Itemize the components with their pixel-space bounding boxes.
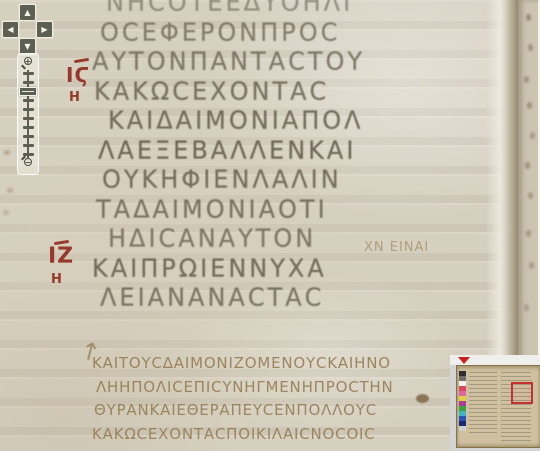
manuscript-text-line: ΗΔΙϹΑΝΑΥΤΟΝ (108, 223, 512, 254)
margin-specks (4, 150, 10, 155)
section-number: ΙΖ (48, 246, 74, 268)
zoom-tick (23, 72, 34, 75)
manuscript-text-line: ΤΑΔΑΙΜΟΝΙΑΟΤΙ (96, 194, 512, 225)
manuscript-text-line: ΛΑΕΞΕΒΑΛΛΕΝΚΑΙ (98, 135, 512, 166)
pan-control: ▲ ◀ ▶ ▼ (0, 0, 56, 58)
magnifier-plus-icon: + (24, 57, 32, 65)
zoom-tick (23, 81, 34, 84)
zoom-tick (23, 117, 34, 120)
magnifier-minus-icon: − (24, 158, 32, 166)
manuscript-canvas[interactable]: ΙϚ Η ΙΖ Η ΝΗϹΟΤΕΕΔΥΟΗΛΙΟϹΕΦΕΡΟΝΠΡΟϹΑΥΤΟΝ… (0, 0, 540, 451)
correction-text-line: ΚΑΚΩϹΕΧΟΝΤΑϹΠΟΙΚΙΛΑΙϹΝΟϹΟΙϹ (92, 423, 512, 447)
red-triangle-marker-icon (458, 357, 470, 364)
zoom-slider: + − (17, 53, 39, 175)
minimap-navigator[interactable] (450, 355, 540, 451)
thumbnail-text-column-1 (469, 372, 497, 436)
manuscript-text-column: ΝΗϹΟΤΕΕΔΥΟΗΛΙΟϹΕΦΕΡΟΝΠΡΟϹΑΥΤΟΝΠΑΝΤΑϹΤΟΥΚ… (92, 0, 512, 313)
foot-correction-block: ΚΑΙΤΟΥϹΔΑΙΜΟΝΙΖΟΜΕΝΟΥϹΚΑΙΗΝΟΛΗΗΠΟΛΙϹΕΠΙϹ… (92, 352, 512, 446)
minimap-viewport-rect[interactable] (511, 382, 533, 404)
arrow-down-icon: ▼ (24, 43, 30, 51)
color-calibration-bar (459, 371, 466, 431)
arrow-up-icon: ▲ (24, 9, 30, 17)
manuscript-text-line: ΟΥΚΗΦΙΕΝΛΑΛΙΝ (102, 164, 512, 195)
canon-number: Η (51, 273, 74, 287)
canon-number: Η (69, 91, 90, 105)
zoom-in-button[interactable]: + (22, 57, 35, 70)
pan-left-button[interactable]: ◀ (2, 21, 19, 38)
rubric-overline (74, 58, 89, 63)
zoom-slider-handle[interactable] (19, 87, 37, 96)
color-swatch (459, 426, 466, 431)
corrector-inline-addition: ΧΝ ΕΙΝΑΙ (364, 240, 429, 255)
eusebian-section-marker-16: ΙϚ Η (66, 59, 90, 105)
manuscript-text-line: ΝΗϹΟΤΕΕΔΥΟΗΛΙ (106, 0, 512, 18)
zoom-tick (23, 144, 34, 147)
eusebian-section-marker-17: ΙΖ Η (48, 241, 74, 287)
manuscript-text-line: ΑΥΤΟΝΠΑΝΤΑϹΤΟΥ (92, 46, 512, 77)
correction-text-line: ΚΑΙΤΟΥϹΔΑΙΜΟΝΙΖΟΜΕΝΟΥϹΚΑΙΗΝΟ (92, 352, 512, 376)
pan-up-button[interactable]: ▲ (19, 4, 36, 21)
pan-right-button[interactable]: ▶ (36, 21, 53, 38)
section-number: ΙϚ (66, 64, 90, 86)
zoom-tick (23, 99, 34, 102)
manuscript-text-line: ΚΑΙΔΑΙΜΟΝΙΑΠΟΛ (108, 105, 512, 136)
zoom-tick (23, 108, 34, 111)
manuscript-text-line: ΟϹΕΦΕΡΟΝΠΡΟϹ (100, 17, 512, 48)
arrow-right-icon: ▶ (41, 26, 47, 34)
manuscript-text-line: ΚΑΚΩϹΕΧΟΝΤΑϹ (94, 76, 512, 107)
minimap-page-thumbnail (456, 365, 540, 448)
zoom-out-button[interactable]: − (22, 158, 35, 171)
bleed-through-marks (526, 14, 531, 21)
manuscript-text-line: ΛΕΙΑΝΑΝΑϹΤΑϹ (100, 282, 512, 313)
zoom-tick (23, 135, 34, 138)
zoom-slider-track[interactable] (18, 70, 38, 158)
zoom-tick (23, 126, 34, 129)
manuscript-text-line: ΚΑΙΠΡΩΙΕΝΝΥΧΑ (92, 253, 512, 284)
ink-blot (416, 394, 429, 403)
arrow-left-icon: ◀ (7, 26, 13, 34)
